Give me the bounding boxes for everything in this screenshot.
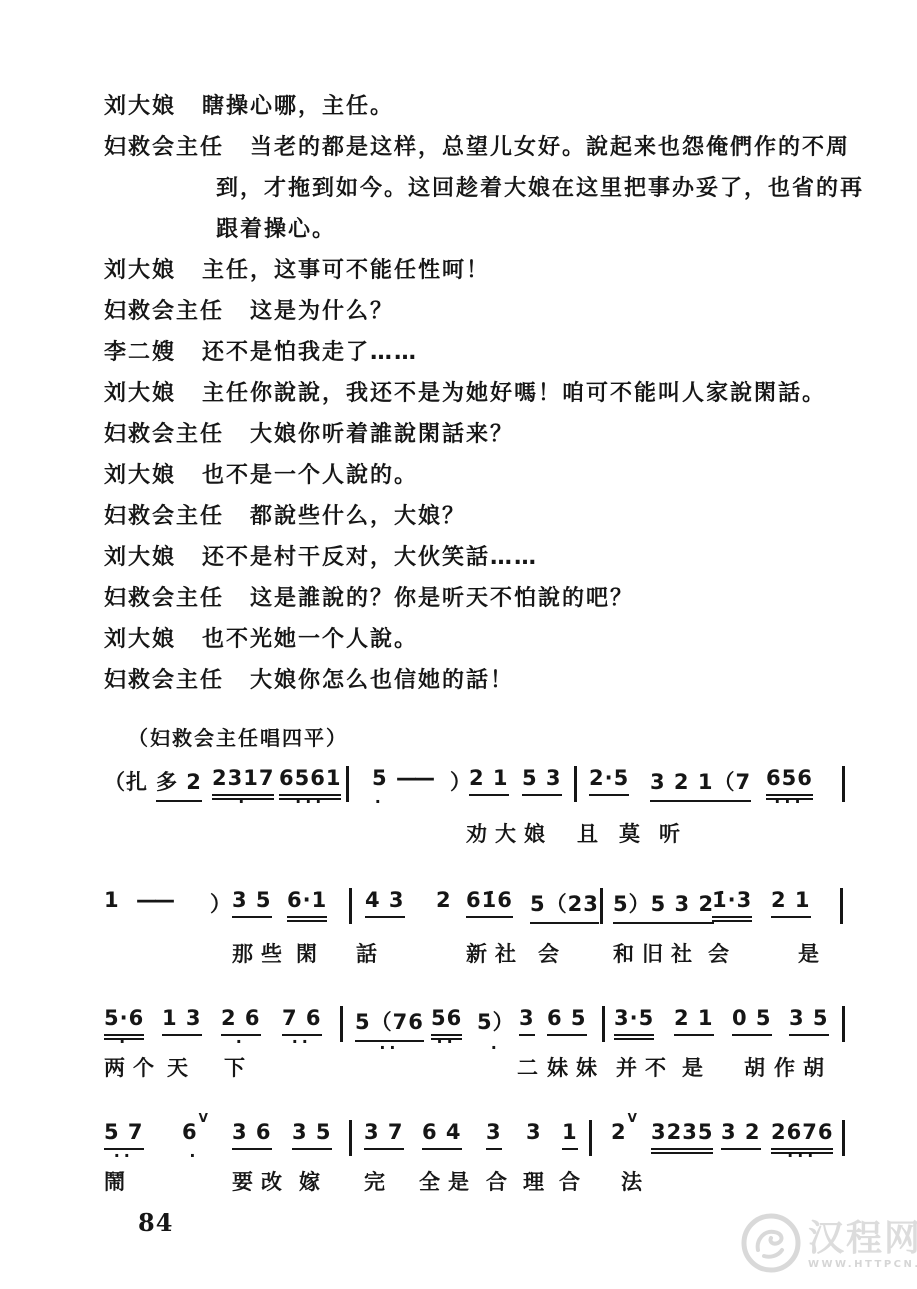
- dialogue-text: 到，才拖到如今。这回趁着大娘在这里把事办妥了，也省的再: [216, 176, 864, 201]
- lyric-syllable: 作胡: [774, 1052, 832, 1082]
- note-group: 5 3: [522, 766, 562, 796]
- octave-dots: ·: [221, 1039, 261, 1045]
- note-text: 5·6: [104, 1006, 144, 1030]
- lyric-syllable: 两个: [104, 1052, 162, 1082]
- note-group: 1: [562, 1120, 578, 1150]
- note-group: 3: [486, 1120, 502, 1150]
- note-text: 2 1: [674, 1006, 714, 1030]
- note-group: 2 1: [469, 766, 509, 796]
- note-text: 3: [486, 1120, 502, 1144]
- note-group: |: [349, 1120, 352, 1156]
- lyric-syllable: 合: [486, 1166, 515, 1196]
- note-text: 3: [519, 1006, 535, 1030]
- dialogue-line: 刘大娘也不光她一个人說。: [104, 619, 874, 660]
- dialogue-line: 刘大娘主任你說說，我还不是为她好嗎！咱可不能叫人家說閑話。: [104, 373, 874, 414]
- lyric-syllable: 話: [356, 938, 385, 968]
- note-group: |: [600, 888, 603, 924]
- note-text: ——: [396, 766, 432, 790]
- lyric-syllable: 胡: [744, 1052, 773, 1082]
- note-text: 3 5: [292, 1120, 332, 1144]
- lyric-syllable: 全是: [419, 1166, 477, 1196]
- note-group: 3 5: [232, 888, 272, 918]
- note-group: 3 6: [232, 1120, 272, 1150]
- book-page: 刘大娘瞎操心哪，主任。 妇救会主任当老的都是这样，总望儿女好。說起来也怨俺們作的…: [0, 0, 917, 1289]
- note-text: 61̇6: [466, 888, 513, 912]
- lyric-syllable: 鬧: [104, 1166, 133, 1196]
- note-text: 6: [182, 1120, 198, 1144]
- note-group: 2676···: [771, 1120, 833, 1150]
- note-text: 2·5: [589, 766, 629, 790]
- note-group: 5·6·: [104, 1006, 144, 1036]
- note-text: （扎: [104, 770, 148, 794]
- note-group: （扎: [104, 766, 148, 800]
- speaker-name: 刘大娘: [104, 545, 176, 570]
- breath-mark: V: [199, 1111, 208, 1125]
- note-text: ——: [136, 888, 172, 912]
- note-text: 5）5 3 2: [613, 892, 714, 916]
- note-group: 3235: [651, 1120, 713, 1150]
- dialogue-text: 大娘你听着誰說閑話来？: [250, 422, 514, 447]
- dialogue-text: 当老的都是这样，总望儿女好。說起来也怨俺們作的不周: [250, 135, 850, 160]
- dialogue-text: 都說些什么，大娘？: [250, 504, 466, 529]
- lyric-syllable: 并不: [616, 1052, 674, 1082]
- speaker-name: 妇救会主任: [104, 135, 224, 160]
- note-group: ）: [210, 888, 232, 922]
- note-text: 5 3: [522, 766, 562, 790]
- octave-dots: ···: [279, 799, 341, 805]
- octave-dots: ··: [355, 1045, 424, 1051]
- note-group: 2: [436, 888, 452, 916]
- music-system-2-lyrics: 那些 閑 話 新社 会 和旧社 会 是: [0, 938, 917, 968]
- lyric-syllable: 会: [538, 938, 567, 968]
- octave-dots: ·: [104, 1039, 144, 1045]
- lyric-syllable: 二: [517, 1052, 546, 1082]
- lyric-syllable: 要改: [232, 1166, 290, 1196]
- site-watermark: 汉程网 WWW.HTTPCN.COM: [740, 1204, 917, 1286]
- dialogue-line: 妇救会主任这是誰說的？你是听天不怕說的吧？: [104, 578, 874, 619]
- note-group: 6561···: [279, 766, 341, 796]
- speaker-name: 李二嫂: [104, 340, 176, 365]
- lyric-syllable: 天: [167, 1052, 196, 1082]
- note-group: 7 6··: [282, 1006, 322, 1036]
- note-text: 7 6: [282, 1006, 322, 1030]
- lyric-syllable: 嫁: [299, 1166, 328, 1196]
- dialogue-line: 妇救会主任这是为什么？: [104, 291, 874, 332]
- note-group: |: [589, 1120, 592, 1156]
- note-text: 5: [372, 766, 388, 790]
- watermark-site-url: WWW.HTTPCN.COM: [808, 1260, 917, 1270]
- note-group: 5（23: [530, 888, 599, 924]
- note-group: 1: [104, 888, 120, 916]
- note-group: 61̇6: [466, 888, 513, 918]
- note-text: 3 7: [364, 1120, 404, 1144]
- dialogue-text: 瞎操心哪，主任。: [202, 94, 394, 119]
- note-group: |: [574, 766, 577, 802]
- note-group: 6 5: [547, 1006, 587, 1036]
- lyric-syllable: 完: [364, 1166, 393, 1196]
- note-group: 2 1: [674, 1006, 714, 1036]
- note-text: 4 3: [365, 888, 405, 912]
- note-group: |: [346, 766, 349, 802]
- lyric-syllable: 是: [682, 1052, 711, 1082]
- note-group: 2·5: [589, 766, 629, 796]
- note-text: 1 3: [162, 1006, 202, 1030]
- note-group: |: [340, 1006, 343, 1042]
- note-group: |: [842, 1120, 845, 1156]
- music-system-2-notes: 1 —— ） 3 5 6·1 | 4 3 2 61̇6 5（23 | 5）5 3…: [0, 888, 917, 938]
- note-text: 3 2: [721, 1120, 761, 1144]
- dialogue-line: 跟着操心。: [104, 209, 874, 250]
- lyric-syllable: 那些: [232, 938, 290, 968]
- lyric-syllable: 妹妹: [547, 1052, 605, 1082]
- note-text: 5）: [477, 1010, 515, 1034]
- dialogue-line: 李二嫂还不是怕我走了……: [104, 332, 874, 373]
- lyric-syllable: 会: [708, 938, 737, 968]
- note-group: 3: [519, 1006, 535, 1036]
- speaker-name: 妇救会主任: [104, 504, 224, 529]
- note-group: 5）·: [477, 1006, 515, 1040]
- note-group: 4 3: [365, 888, 405, 918]
- breath-mark: V: [628, 1111, 637, 1125]
- note-group: 656···: [766, 766, 813, 796]
- dialogue-line: 刘大娘瞎操心哪，主任。: [104, 86, 874, 127]
- note-group: 5 7··: [104, 1120, 144, 1150]
- note-text: 2 6: [221, 1006, 261, 1030]
- note-text: 6·1: [287, 888, 327, 912]
- note-group: 5·: [372, 766, 388, 794]
- hancheng-logo-icon: [740, 1212, 802, 1278]
- dialogue-text: 跟着操心。: [216, 217, 336, 242]
- note-group: 0 5: [732, 1006, 772, 1036]
- dialogue-line: 刘大娘也不是一个人說的。: [104, 455, 874, 496]
- lyric-syllable: 理: [523, 1166, 552, 1196]
- speaker-name: 刘大娘: [104, 381, 176, 406]
- music-system-4-notes: 5 7·· 6V· 3 6 3 5 | 3 7 6 4 3 3 1 | 2V 3…: [0, 1120, 917, 1170]
- watermark-site-name: 汉程网: [808, 1221, 917, 1257]
- lyric-syllable: 閑: [296, 938, 325, 968]
- dialogue-text: 主任你說說，我还不是为她好嗎！咱可不能叫人家說閑話。: [202, 381, 826, 406]
- speaker-name: 妇救会主任: [104, 422, 224, 447]
- note-text: 6 5: [547, 1006, 587, 1030]
- music-system-1-lyrics: 劝大娘 且 莫 听: [0, 818, 917, 848]
- dialogue-line: 妇救会主任大娘你怎么也信她的話！: [104, 660, 874, 701]
- note-text: 2: [611, 1120, 627, 1144]
- lyric-syllable: 听: [659, 818, 688, 848]
- speaker-name: 妇救会主任: [104, 668, 224, 693]
- note-group: 2 6·: [221, 1006, 261, 1036]
- dialogue-text: 这是为什么？: [250, 299, 394, 324]
- octave-dots: ···: [766, 799, 813, 805]
- note-text: 多 2: [156, 770, 202, 794]
- music-system-1-notes: （扎 多 2 2317· 6561··· | 5· —— ） 2 1 5 3 |…: [0, 766, 917, 816]
- note-text: 3 5: [789, 1006, 829, 1030]
- note-text: 656: [766, 766, 813, 790]
- dialogue-text: 也不是一个人說的。: [202, 463, 418, 488]
- note-group: 3·5: [614, 1006, 654, 1036]
- note-text: 5（76: [355, 1010, 424, 1034]
- note-group: |: [842, 766, 845, 802]
- note-text: 1: [104, 888, 120, 912]
- dialogue-line: 到，才拖到如今。这回趁着大娘在这里把事办妥了，也省的再: [104, 168, 874, 209]
- note-group: 6·1: [287, 888, 327, 918]
- note-group: |: [840, 888, 843, 924]
- dialogue-line: 刘大娘主任，这事可不能任性呵！: [104, 250, 874, 291]
- music-system-4-lyrics: 鬧 要改 嫁 完 全是 合 理 合 法: [0, 1166, 917, 1196]
- octave-dots: ···: [771, 1153, 833, 1159]
- note-text: 1̇·3: [712, 888, 752, 912]
- note-group: 3 5: [789, 1006, 829, 1036]
- note-text: 56: [431, 1006, 462, 1030]
- note-group: 1̇·3: [712, 888, 752, 918]
- note-group: ——: [396, 766, 432, 794]
- note-text: ）: [210, 892, 232, 916]
- speaker-name: 刘大娘: [104, 463, 176, 488]
- note-group: |: [842, 1006, 845, 1042]
- note-group: 2 1: [771, 888, 811, 918]
- dialogue-text: 主任，这事可不能任性呵！: [202, 258, 490, 283]
- octave-dots: ·: [212, 799, 274, 805]
- speaker-name: 妇救会主任: [104, 299, 224, 324]
- lyric-syllable: 是: [798, 938, 827, 968]
- speaker-name: 刘大娘: [104, 94, 176, 119]
- lyric-syllable: 新社: [466, 938, 524, 968]
- note-text: 3235: [651, 1120, 713, 1144]
- note-group: 5）5 3 2: [613, 888, 714, 924]
- note-text: 1: [562, 1120, 578, 1144]
- note-text: 5（23: [530, 892, 599, 916]
- dialogue-text: 这是誰說的？你是听天不怕說的吧？: [250, 586, 634, 611]
- lyric-syllable: 莫: [619, 818, 648, 848]
- speaker-name: 刘大娘: [104, 627, 176, 652]
- lyric-syllable: 且: [577, 818, 606, 848]
- octave-dots: ··: [282, 1039, 322, 1045]
- octave-dots: ·: [372, 799, 388, 805]
- dialogue-line: 妇救会主任都說些什么，大娘？: [104, 496, 874, 537]
- note-group: 2317·: [212, 766, 274, 796]
- note-group: 2V: [611, 1120, 636, 1148]
- music-system-3-notes: 5·6· 1 3 2 6· 7 6·· | 5（76·· 56·· 5）· 3 …: [0, 1006, 917, 1056]
- note-text: 2: [436, 888, 452, 912]
- dialogue-text: 大娘你怎么也信她的話！: [250, 668, 514, 693]
- note-text: 3·5: [614, 1006, 654, 1030]
- note-text: 2 1: [469, 766, 509, 790]
- dialogue-text: 也不光她一个人說。: [202, 627, 418, 652]
- note-group: 3 7: [364, 1120, 404, 1150]
- octave-dots: ·: [477, 1045, 515, 1051]
- note-group: 3 2 1（7: [650, 766, 751, 802]
- note-text: 6561: [279, 766, 341, 790]
- note-group: 3: [526, 1120, 542, 1148]
- dialogue-line: 妇救会主任当老的都是这样，总望儿女好。說起来也怨俺們作的不周: [104, 127, 874, 168]
- speaker-name: 刘大娘: [104, 258, 176, 283]
- music-system-3-lyrics: 两个 天 下 二 妹妹 并不 是 胡 作胡: [0, 1052, 917, 1082]
- note-group: 1 3: [162, 1006, 202, 1036]
- octave-dots: ··: [104, 1153, 144, 1159]
- lyric-syllable: 劝大娘: [466, 818, 553, 848]
- note-group: 6V·: [182, 1120, 207, 1148]
- note-text: 0 5: [732, 1006, 772, 1030]
- note-text: 2 1: [771, 888, 811, 912]
- note-text: 2317: [212, 766, 274, 790]
- page-number: 84: [138, 1208, 173, 1237]
- stage-direction: （妇救会主任唱四平）: [128, 722, 348, 751]
- dialogue-line: 刘大娘还不是村干反对，大伙笑話……: [104, 537, 874, 578]
- dialogue-line: 妇救会主任大娘你听着誰說閑話来？: [104, 414, 874, 455]
- note-group: 5（76··: [355, 1006, 424, 1042]
- note-text: 2676: [771, 1120, 833, 1144]
- octave-dots: ·: [182, 1153, 207, 1159]
- note-text: 3 6: [232, 1120, 272, 1144]
- dialogue-text: 还不是村干反对，大伙笑話……: [202, 545, 538, 570]
- note-text: 3 5: [232, 888, 272, 912]
- note-group: 6 4: [422, 1120, 462, 1150]
- note-group: |: [602, 1006, 605, 1042]
- note-text: 6 4: [422, 1120, 462, 1144]
- dialogue-block: 刘大娘瞎操心哪，主任。 妇救会主任当老的都是这样，总望儿女好。說起来也怨俺們作的…: [104, 86, 874, 701]
- note-text: 3: [526, 1120, 542, 1144]
- lyric-syllable: 下: [224, 1052, 253, 1082]
- watermark-text: 汉程网 WWW.HTTPCN.COM: [808, 1221, 917, 1270]
- note-text: 3 2 1（7: [650, 770, 751, 794]
- note-group: 3 2: [721, 1120, 761, 1150]
- speaker-name: 妇救会主任: [104, 586, 224, 611]
- note-group: 多 2: [156, 766, 202, 802]
- note-group: 56··: [431, 1006, 462, 1036]
- lyric-syllable: 合: [559, 1166, 588, 1196]
- note-group: ——: [136, 888, 172, 916]
- note-group: 3 5: [292, 1120, 332, 1150]
- octave-dots: ··: [431, 1039, 462, 1045]
- note-text: 5 7: [104, 1120, 144, 1144]
- note-group: |: [349, 888, 352, 924]
- lyric-syllable: 和旧社: [613, 938, 700, 968]
- dialogue-text: 还不是怕我走了……: [202, 340, 418, 365]
- lyric-syllable: 法: [621, 1166, 650, 1196]
